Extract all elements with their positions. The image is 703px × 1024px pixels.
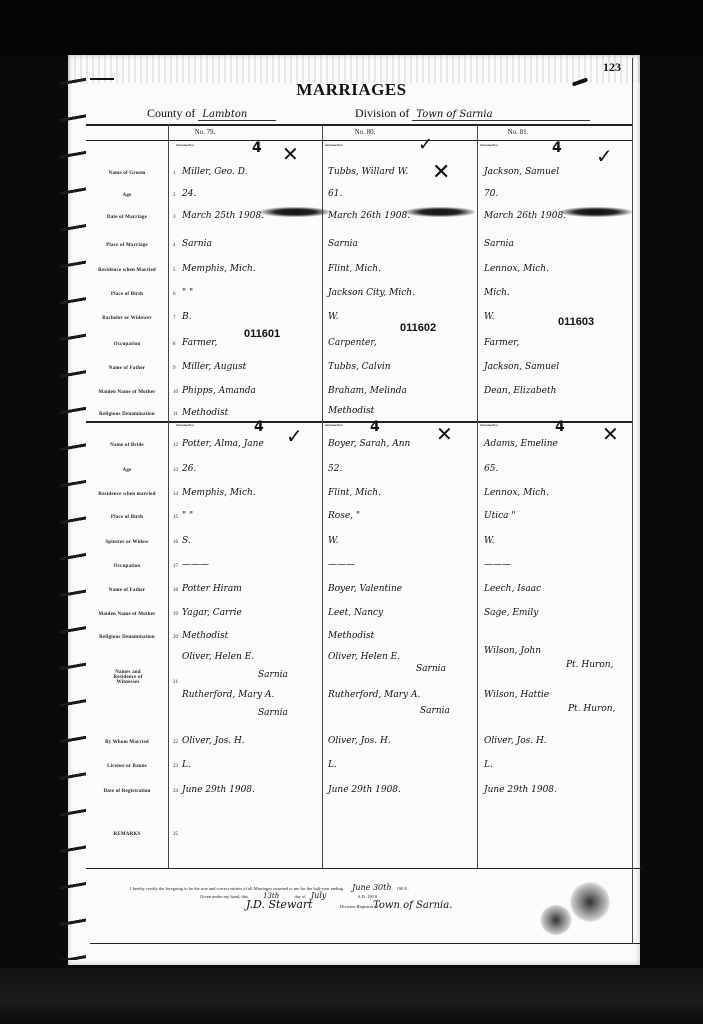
surname-first-note: Surname first: [176, 423, 194, 427]
ink-smudge: [260, 207, 330, 217]
cross-mark-icon: ✕: [602, 422, 619, 446]
surname-first-note: Surname first: [325, 423, 343, 427]
groom-residence: Memphis, Mich.: [182, 264, 256, 274]
anno-domini: A.D. 190 8: [357, 894, 377, 899]
row-label-remarks: REMARKS: [86, 832, 168, 837]
groom-mother: Braham, Melinda: [328, 386, 407, 396]
surname-first-note: Surname first: [480, 423, 498, 427]
groom-occupation: Carpenter,: [328, 338, 377, 348]
row-label-license-banns: License or Banns: [86, 764, 168, 769]
row-number: 11: [173, 412, 178, 417]
groom-father: Jackson, Samuel: [484, 362, 559, 372]
surname-first-note: Surname first: [176, 143, 194, 147]
groom-name: Jackson, Samuel: [484, 167, 559, 177]
groom-age: 24.: [182, 189, 196, 199]
officiant: Oliver, Jos. H.: [328, 736, 391, 746]
groom-age: 61.: [328, 189, 342, 199]
column-divider-2: [477, 124, 478, 868]
row-label-spinster-widow: Spinster or Widow: [86, 540, 168, 545]
groom-father: Tubbs, Calvin: [328, 362, 391, 372]
row-number: 14: [173, 492, 178, 497]
row-number: 1: [173, 171, 176, 176]
row-number: 22: [173, 740, 178, 745]
row-number: 12: [173, 443, 178, 448]
groom-religion: Methodist: [328, 406, 374, 416]
bachelor-widower: W.: [328, 312, 339, 322]
bride-mother: Yagar, Carrie: [182, 608, 242, 618]
witness-1-residence: Pt. Huron,: [566, 660, 613, 670]
tally-mark-icon: 4: [552, 140, 562, 156]
bride-father: Leech, Isaac: [484, 584, 541, 594]
column-header-81: No. 81.: [488, 128, 548, 136]
bride-name: Potter, Alma, Jane: [182, 439, 264, 449]
bride-name: Boyer, Sarah, Ann: [328, 439, 410, 449]
bachelor-widower: B.: [182, 312, 191, 322]
row-label-groom-occupation: Occupation: [86, 342, 168, 347]
groom-occupation: Farmer,: [182, 338, 217, 348]
row-label-registration-date: Date of Registration: [86, 789, 168, 794]
row-label-groom-religion: Religious Denomination: [86, 412, 168, 417]
given-month: July: [311, 891, 326, 900]
row-label-groom-birthplace: Place of Birth: [86, 292, 168, 297]
groom-birthplace: Mich.: [484, 288, 510, 298]
row-number: 10: [173, 390, 178, 395]
row-number: 6: [173, 292, 176, 297]
cross-mark-icon: ✕: [436, 422, 453, 446]
registration-number: 011603: [558, 316, 594, 328]
registration-number: 011601: [244, 328, 280, 340]
groom-mother: Dean, Elizabeth: [484, 386, 556, 396]
tally-mark-icon: 4: [252, 140, 262, 156]
row-number: 13: [173, 468, 178, 473]
license-banns: L.: [328, 760, 337, 770]
witness-2-name: Rutherford, Mary A.: [182, 690, 274, 700]
witness-1-name: Wilson, John: [484, 646, 541, 656]
bride-age: 52.: [328, 464, 342, 474]
county-label: County of: [147, 106, 195, 120]
surname-first-note: Surname first: [325, 143, 343, 147]
division-value: Town of Sarnia: [412, 109, 590, 121]
row-number: 17: [173, 564, 178, 569]
ink-smudge: [560, 207, 632, 217]
bride-religion: Methodist: [182, 631, 228, 641]
row-label-bride-religion: Religious Denomination: [86, 635, 168, 640]
bride-birthplace: " ": [182, 511, 193, 521]
check-mark-icon: ✓: [418, 134, 433, 155]
page-bottom-rule: [90, 943, 640, 944]
year-suffix: 190 8 .: [397, 886, 409, 891]
registrar-signature: J.D. Stewart: [246, 898, 313, 911]
marriage-place: Sarnia: [182, 239, 212, 249]
division-line: Division of Town of Sarnia: [355, 106, 590, 121]
division-label: Division of: [355, 106, 409, 120]
surname-first-note: Surname first: [480, 143, 498, 147]
county-value: Lambton: [198, 109, 276, 121]
groom-religion: Methodist: [182, 408, 228, 418]
ink-smudge: [405, 207, 475, 217]
witness-2-name: Wilson, Hattie: [484, 690, 549, 700]
row-number: 5: [173, 268, 176, 273]
license-banns: L.: [182, 760, 191, 770]
county-line: County of Lambton: [147, 106, 276, 121]
row-label-groom-father: Name of Father: [86, 366, 168, 371]
cross-mark-icon: ✕: [282, 142, 299, 166]
registration-date: June 29th 1908.: [484, 785, 557, 795]
row-label-by-whom-married: By Whom Married: [86, 740, 168, 745]
check-mark-icon: ✓: [596, 144, 613, 168]
row-number: 16: [173, 540, 178, 545]
bride-father: Potter Hiram: [182, 584, 242, 594]
groom-age: 70.: [484, 189, 498, 199]
row-number: 20: [173, 635, 178, 640]
row-number: 24: [173, 789, 178, 794]
bride-name: Adams, Emeline: [484, 439, 558, 449]
row-label-date-of-marriage: Date of Marriage: [86, 215, 168, 220]
row-label-place-of-marriage: Place of Marriage: [86, 243, 168, 248]
row-number: 4: [173, 243, 176, 248]
spinster-widow: W.: [484, 536, 495, 546]
row-number: 23: [173, 764, 178, 769]
row-label-bride-occupation: Occupation: [86, 564, 168, 569]
row-label-bride-mother: Maiden Name of Mother: [86, 612, 168, 617]
marriage-date: March 26th 1908.: [328, 211, 410, 221]
spinster-widow: W.: [328, 536, 339, 546]
row-label-groom-residence: Residence when Married: [86, 268, 168, 273]
row-number: 18: [173, 588, 178, 593]
tally-mark-icon: 4: [555, 419, 565, 435]
witness-2-residence: Sarnia: [420, 706, 450, 716]
witness-2-name: Rutherford, Mary A.: [328, 690, 420, 700]
row-number: 7: [173, 316, 176, 321]
bride-birthplace: Rose, ": [328, 511, 360, 521]
bride-mother: Sage, Emily: [484, 608, 538, 618]
bride-occupation: ———: [182, 560, 209, 570]
groom-father: Miller, August: [182, 362, 246, 372]
row-label-bride-age: Age: [86, 468, 168, 473]
column-divider-1: [322, 124, 323, 868]
table-bottom-rule: [86, 868, 642, 869]
bride-mother: Leet, Nancy: [328, 608, 383, 618]
row-number: 8: [173, 342, 176, 347]
officiant: Oliver, Jos. H.: [484, 736, 547, 746]
registration-number: 011602: [400, 322, 436, 334]
witness-1-residence: Sarnia: [416, 664, 446, 674]
registration-date: June 29th 1908.: [182, 785, 255, 795]
witness-1-name: Oliver, Helen E.: [182, 652, 254, 662]
groom-mother: Phipps, Amanda: [182, 386, 256, 396]
witness-1-residence: Sarnia: [258, 670, 288, 680]
bride-age: 26.: [182, 464, 196, 474]
groom-birthplace: " ": [182, 288, 193, 298]
bride-religion: Methodist: [328, 631, 374, 641]
spinster-widow: S.: [182, 536, 191, 546]
check-mark-icon: ✓: [286, 424, 303, 448]
row-label-groom-name: Name of Groom: [86, 171, 168, 176]
ink-stain: [540, 905, 572, 935]
tally-mark-icon: 4: [370, 419, 380, 435]
row-number: 9: [173, 366, 176, 371]
row-label-groom-age: Age: [86, 193, 168, 198]
register-page: [68, 55, 640, 965]
groom-name: Miller, Geo. D.: [182, 167, 247, 177]
witness-1-name: Oliver, Helen E.: [328, 652, 400, 662]
groom-residence: Flint, Mich.: [328, 264, 381, 274]
page-number: 123: [603, 60, 621, 75]
column-header-80: No. 80.: [335, 128, 395, 136]
row-label-groom-mother: Maiden Name of Mother: [86, 390, 168, 395]
bachelor-widower: W.: [484, 312, 495, 322]
bride-age: 65.: [484, 464, 498, 474]
row-number: 25: [173, 832, 178, 837]
row-label-bachelor-widower: Bachelor or Widower: [86, 316, 168, 321]
marriage-date: March 26th 1908.: [484, 211, 566, 221]
row-label-witnesses: Names and Residence of Witnesses: [108, 670, 148, 685]
given-text: Given under my hand, this: [200, 894, 248, 899]
marriage-place: Sarnia: [328, 239, 358, 249]
bride-father: Boyer, Valentine: [328, 584, 402, 594]
row-number: 15: [173, 515, 178, 520]
officiant: Oliver, Jos. H.: [182, 736, 245, 746]
row-number: 21: [173, 680, 178, 685]
row-number: 19: [173, 612, 178, 617]
marriage-date: March 25th 1908.: [182, 211, 264, 221]
bride-occupation: ———: [328, 560, 355, 570]
groom-name: Tubbs, Willard W.: [328, 167, 408, 177]
scan-border-top: [0, 0, 703, 55]
bride-occupation: ———: [484, 560, 511, 570]
bride-residence: Flint, Mich.: [328, 488, 381, 498]
witness-2-residence: Pt. Huron,: [568, 704, 615, 714]
ink-stain: [570, 882, 610, 922]
row-number: 2: [173, 193, 176, 198]
groom-occupation: Farmer,: [484, 338, 519, 348]
registrar-division: Town of Sarnia.: [373, 900, 452, 911]
page-title: MARRIAGES: [0, 80, 703, 100]
row-number: 3: [173, 215, 176, 220]
groom-residence: Lennox, Mich.: [484, 264, 549, 274]
marriage-place: Sarnia: [484, 239, 514, 249]
torn-binding-edge: [60, 60, 86, 960]
tally-mark-icon: 4: [254, 419, 264, 435]
bride-residence: Memphis, Mich.: [182, 488, 256, 498]
cross-mark-icon: ✕: [432, 160, 450, 185]
bride-birthplace: Utica ": [484, 511, 516, 521]
witness-2-residence: Sarnia: [258, 708, 288, 718]
page-right-edge: [632, 58, 633, 944]
row-label-bride-birthplace: Place of Birth: [86, 515, 168, 520]
groom-birthplace: Jackson City, Mich.: [328, 288, 415, 298]
column-header-79: No. 79.: [175, 128, 235, 136]
row-label-bride-name: Name of Bride: [86, 443, 168, 448]
row-label-bride-residence: Residence when married: [86, 492, 168, 497]
label-column-divider: [168, 124, 169, 868]
row-label-bride-father: Name of Father: [86, 588, 168, 593]
scan-border-bottom: [0, 968, 703, 1024]
bride-residence: Lennox, Mich.: [484, 488, 549, 498]
registration-date: June 29th 1908.: [328, 785, 401, 795]
license-banns: L.: [484, 760, 493, 770]
